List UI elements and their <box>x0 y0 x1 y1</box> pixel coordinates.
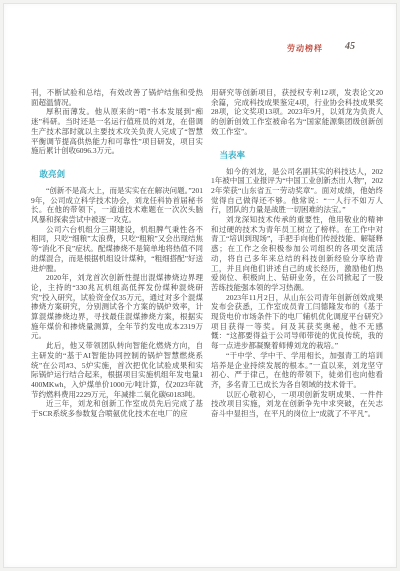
paragraph: 近三年，刘龙和创新工作室成员先后完成了基于SCR系统多参数复合喷氨优化技术在电厂… <box>31 399 203 418</box>
paragraph: 以匠心敬初心，一项项创新发明成果、一件件技改项目实施，刘龙在创新争先中求突破，在… <box>211 390 383 419</box>
right-column: 用研究等创新项目，获授权专利12项，发表论文20余篇，完成科技成果鉴定4项，行业… <box>211 88 383 419</box>
left-column: 刊，不断试验和总结，有效改善了锅炉结焦和受热面超温情况。厚积而薄发。他从原来的“… <box>31 88 203 419</box>
paragraph: 用研究等创新项目，获授权专利12项，发表论文20余篇，完成科技成果鉴定4项，行业… <box>211 88 383 137</box>
paragraph: 2023年11月2日，从山东公司青年创新创效成果发布会获悉，工作室成员青工闫德隆… <box>211 293 383 351</box>
paragraph: 厚积而薄发。他从原来的“啃”书本发展到“痴迷”科研。当时还是一名运行值班员的刘龙… <box>31 107 203 156</box>
section-subheading: 当表率 <box>211 150 383 160</box>
paragraph: 刊，不断试验和总结，有效改善了锅炉结焦和受热面超温情况。 <box>31 88 203 107</box>
paragraph: “干中学、学中干、学用相长，加强青工的培训培养是企业持续发展的根本。”一直以来，… <box>211 351 383 390</box>
paragraph: “创新不是高大上，而是实实在在解决问题。”2019年，公司成立科学技术协会，刘龙… <box>31 186 203 225</box>
paragraph: 刘龙深知技术传承的重要性，他用敬业的精神和过硬的技术为青年员工树立了榜样。在工作… <box>211 215 383 293</box>
page-header: 劳动榜样 45 <box>4 41 396 55</box>
section-subheading: 敢亮剑 <box>31 169 203 179</box>
magazine-page: 劳动榜样 45 刊，不断试验和总结，有效改善了锅炉结焦和受热面超温情况。厚积而薄… <box>3 3 397 568</box>
paragraph: 2020年，刘龙首次创新性提出混煤掺烧边界理论，主持的“330兆瓦机组高低挥发份… <box>31 273 203 341</box>
page-number: 45 <box>345 41 355 52</box>
paragraph: 公司六台机组分三期建设，机组脾气秉性各不相同，只吃“细粮”太浪费，只吃“粗粮”又… <box>31 225 203 274</box>
paragraph: 如今的刘龙，是公司名副其实的科技达人，2021年被中国工业报评为“中国工业创新杰… <box>211 167 383 216</box>
paragraph: 此后，他又带领团队转向智能化燃烧方向，自主研发的“基于AI智能协同控制的锅炉智慧… <box>31 341 203 399</box>
section-label: 劳动榜样 <box>287 43 323 54</box>
